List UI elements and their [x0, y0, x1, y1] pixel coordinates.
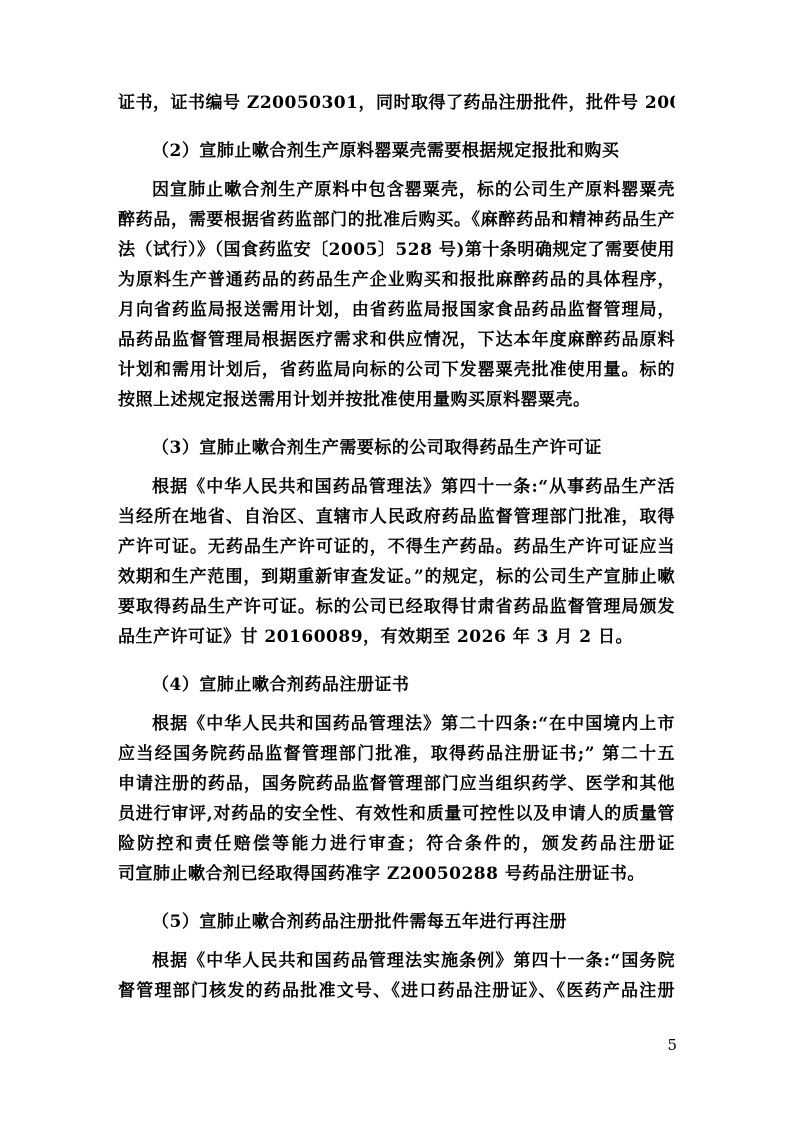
text-line: 要取得药品生产许可证。标的公司已经取得甘肃省药品监督管理局颁发的《药	[118, 592, 675, 622]
text-line: 督管理部门核发的药品批准文号、《进口药品注册证》、《医药产品注册证》的有	[118, 976, 675, 1006]
section-heading: （4）宣肺止嗽合剂药品注册证书	[118, 670, 675, 700]
text-line: 当经所在地省、自治区、直辖市人民政府药品监督管理部门批准，取得药品生	[118, 502, 675, 532]
text-line: 醉药品，需要根据省药监部门的批准后购买。《麻醉药品和精神药品生产管理办	[118, 205, 675, 235]
text-line: 证书，证书编号 Z20050301，同时取得了药品注册批件，批件号 2005S0…	[118, 88, 675, 118]
text-line: 申请注册的药品，国务院药品监督管理部门应当组织药学、医学和其他技术人	[118, 769, 675, 799]
section-heading: （3）宣肺止嗽合剂生产需要标的公司取得药品生产许可证	[118, 433, 675, 463]
text-line: 为原料生产普通药品的药品生产企业购买和报批麻醉药品的具体程序，每年 10	[118, 265, 675, 295]
page-number: 5	[667, 1036, 677, 1054]
text-line: 按照上述规定报送需用计划并按批准使用量购买原料罂粟壳。	[118, 385, 675, 415]
text-line: 品药品监督管理局根据医疗需求和供应情况，下达本年度麻醉药品原料药生产	[118, 325, 675, 355]
text-line: 应当经国务院药品监督管理部门批准，取得药品注册证书;” 第二十五条:“对	[118, 739, 675, 769]
section-heading: （5）宣肺止嗽合剂药品注册批件需每五年进行再注册	[118, 907, 675, 937]
text-line: 产许可证。无药品生产许可证的，不得生产药品。药品生产许可证应当标明有	[118, 532, 675, 562]
document-page: 证书，证书编号 Z20050301，同时取得了药品注册批件，批件号 2005S0…	[0, 0, 793, 1122]
document-body: 证书，证书编号 Z20050301，同时取得了药品注册批件，批件号 2005S0…	[118, 88, 675, 1006]
text-line: 根据《中华人民共和国药品管理法实施条例》第四十一条:“国务院药品监	[118, 946, 675, 976]
text-line: 司宣肺止嗽合剂已经取得国药准字 Z20050288 号药品注册证书。	[118, 859, 675, 889]
text-line: 法（试行）》（国食药监安〔2005〕528 号)第十条明确规定了需要使用麻醉药品	[118, 235, 675, 265]
text-line: 计划和需用计划后，省药监局向标的公司下发罂粟壳批准使用量。标的公司需	[118, 355, 675, 385]
text-line: 品生产许可证》甘 20160089，有效期至 2026 年 3 月 2 日。	[118, 622, 675, 652]
text-line: 员进行审评,对药品的安全性、有效性和质量可控性以及申请人的质量管理、风	[118, 799, 675, 829]
text-line: 险防控和责任赔偿等能力进行审查；符合条件的，颁发药品注册证书。”标的公	[118, 829, 675, 859]
text-line: 因宣肺止嗽合剂生产原料中包含罂粟壳，标的公司生产原料罂粟壳作为麻	[118, 175, 675, 205]
section-heading: （2）宣肺止嗽合剂生产原料罂粟壳需要根据规定报批和购买	[118, 136, 675, 166]
text-line: 根据《中华人民共和国药品管理法》第二十四条:“在中国境内上市的药品，	[118, 709, 675, 739]
text-line: 效期和生产范围，到期重新审查发证。”的规定，标的公司生产宣肺止嗽合剂需	[118, 562, 675, 592]
text-line: 根据《中华人民共和国药品管理法》第四十一条:“从事药品生产活动，应	[118, 472, 675, 502]
text-line: 月向省药监局报送需用计划，由省药监局报国家食品药品监督管理局，国家食	[118, 295, 675, 325]
